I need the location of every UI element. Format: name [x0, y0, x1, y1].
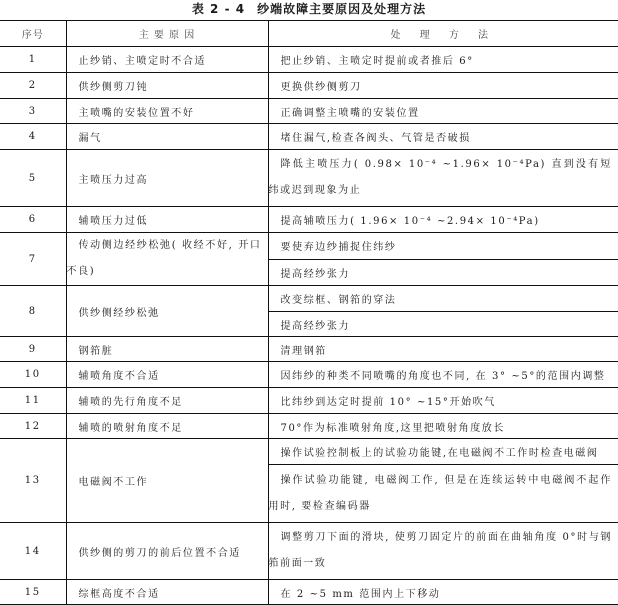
- row-method: 70°作为标准喷射角度,这里把喷射角度放长: [268, 414, 618, 439]
- row-method: 提高辅喷压力( 1.96× 10⁻⁴ ~2.94× 10⁻⁴Pa): [268, 207, 618, 233]
- row-method: 提高经纱张力: [268, 259, 618, 286]
- row-method: 降低主喷压力( 0.98× 10⁻⁴ ~1.96× 10⁻⁴Pa) 直到没有短纬…: [268, 150, 618, 207]
- table-row: 3 主喷嘴的安装位置不好 正确调整主喷嘴的安装位置: [0, 99, 618, 124]
- fault-table: 序号 主 要 原 因 处 理 方 法 1 止纱销、主喷定时不合适 把止纱销、主喷…: [0, 20, 618, 605]
- row-cause: 辅喷的喷射角度不足: [66, 414, 268, 439]
- table-row: 12 辅喷的喷射角度不足 70°作为标准喷射角度,这里把喷射角度放长: [0, 414, 618, 439]
- table-row: 4 漏气 堵住漏气,检查各阀头、气管是否破损: [0, 124, 618, 150]
- row-cause: 供纱侧经纱松弛: [66, 286, 268, 337]
- header-no: 序号: [0, 21, 66, 47]
- header-cause: 主 要 原 因: [66, 21, 268, 47]
- row-cause: 传动侧边经纱松弛( 收经不好, 开口不良): [66, 233, 268, 286]
- table-row: 2 供纱侧剪刀钝 更换供纱侧剪刀: [0, 73, 618, 99]
- row-no: 2: [0, 73, 66, 99]
- row-method: 操作试验控制板上的试验功能键,在电磁阀不工作时检查电磁阀: [268, 439, 618, 465]
- row-cause: 漏气: [66, 124, 268, 150]
- row-no: 10: [0, 362, 66, 388]
- row-cause: 辅喷压力过低: [66, 207, 268, 233]
- row-method: 把止纱销、主喷定时提前或者推后 6°: [268, 47, 618, 73]
- table-row: 8 供纱侧经纱松弛 改变综框、钢筘的穿法: [0, 286, 618, 312]
- row-method: 提高经纱张力: [268, 312, 618, 337]
- row-no: 6: [0, 207, 66, 233]
- table-row: 1 止纱销、主喷定时不合适 把止纱销、主喷定时提前或者推后 6°: [0, 47, 618, 73]
- row-method: 清理钢筘: [268, 337, 618, 362]
- row-cause: 辅喷角度不合适: [66, 362, 268, 388]
- table-row: 11 辅喷的先行角度不足 比纬纱到达定时提前 10° ~15°开始吹气: [0, 388, 618, 414]
- row-method: 在 2 ~5 mm 范围内上下移动: [268, 580, 618, 605]
- row-no: 9: [0, 337, 66, 362]
- row-cause: 主喷嘴的安装位置不好: [66, 99, 268, 124]
- row-method: 因纬纱的种类不同喷嘴的角度也不同, 在 3° ~5°的范围内调整: [268, 362, 618, 388]
- row-no: 7: [0, 233, 66, 286]
- row-no: 15: [0, 580, 66, 605]
- row-no: 11: [0, 388, 66, 414]
- row-no: 13: [0, 439, 66, 523]
- row-method: 堵住漏气,检查各阀头、气管是否破损: [268, 124, 618, 150]
- row-cause: 主喷压力过高: [66, 150, 268, 207]
- row-cause: 综框高度不合适: [66, 580, 268, 605]
- row-method: 操作试验功能键, 电磁阀工作, 但是在连续运转中电磁阀不起作用时, 要检查编码器: [268, 465, 618, 523]
- table-row: 13 电磁阀不工作 操作试验控制板上的试验功能键,在电磁阀不工作时检查电磁阀: [0, 439, 618, 465]
- row-cause: 供纱侧的剪刀的前后位置不合适: [66, 523, 268, 580]
- row-cause: 钢筘脏: [66, 337, 268, 362]
- table-row: 10 辅喷角度不合适 因纬纱的种类不同喷嘴的角度也不同, 在 3° ~5°的范围…: [0, 362, 618, 388]
- row-method: 改变综框、钢筘的穿法: [268, 286, 618, 312]
- header-method: 处 理 方 法: [268, 21, 618, 47]
- row-method: 正确调整主喷嘴的安装位置: [268, 99, 618, 124]
- row-no: 1: [0, 47, 66, 73]
- row-no: 12: [0, 414, 66, 439]
- row-no: 4: [0, 124, 66, 150]
- table-row: 15 综框高度不合适 在 2 ~5 mm 范围内上下移动: [0, 580, 618, 605]
- table-row: 14 供纱侧的剪刀的前后位置不合适 调整剪刀下面的滑块, 使剪刀固定片的前面在曲…: [0, 523, 618, 580]
- table-row: 7 传动侧边经纱松弛( 收经不好, 开口不良) 要使弃边纱捕捉住纬纱: [0, 233, 618, 260]
- row-method: 调整剪刀下面的滑块, 使剪刀固定片的前面在曲轴角度 0°时与钢筘前面一致: [268, 523, 618, 580]
- row-method: 比纬纱到达定时提前 10° ~15°开始吹气: [268, 388, 618, 414]
- row-method: 要使弃边纱捕捉住纬纱: [268, 233, 618, 260]
- row-no: 5: [0, 150, 66, 207]
- row-method: 更换供纱侧剪刀: [268, 73, 618, 99]
- row-cause: 止纱销、主喷定时不合适: [66, 47, 268, 73]
- row-no: 8: [0, 286, 66, 337]
- table-row: 6 辅喷压力过低 提高辅喷压力( 1.96× 10⁻⁴ ~2.94× 10⁻⁴P…: [0, 207, 618, 233]
- table-row: 5 主喷压力过高 降低主喷压力( 0.98× 10⁻⁴ ~1.96× 10⁻⁴P…: [0, 150, 618, 207]
- table-caption: 纱端故障主要原因及处理方法: [257, 2, 426, 16]
- table-row: 9 钢筘脏 清理钢筘: [0, 337, 618, 362]
- header-row: 序号 主 要 原 因 处 理 方 法: [0, 21, 618, 47]
- row-cause: 辅喷的先行角度不足: [66, 388, 268, 414]
- row-cause: 供纱侧剪刀钝: [66, 73, 268, 99]
- row-no: 3: [0, 99, 66, 124]
- table-number: 表 2 - 4: [192, 2, 245, 16]
- table-title: 表 2 - 4纱端故障主要原因及处理方法: [0, 0, 618, 18]
- row-cause: 电磁阀不工作: [66, 439, 268, 523]
- row-no: 14: [0, 523, 66, 580]
